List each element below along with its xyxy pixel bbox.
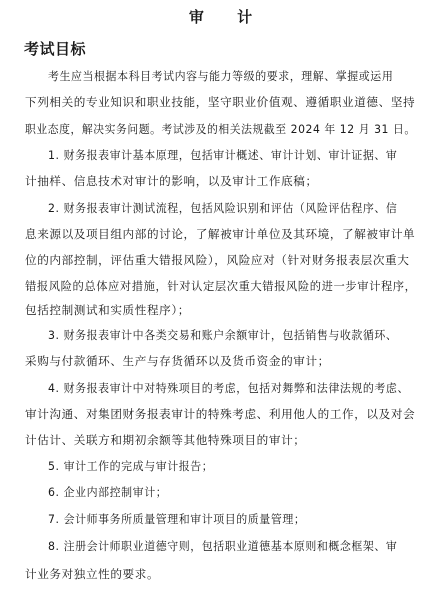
- body-text-line: 7. 会计师事务所质量管理和审计项目的质量管理；: [48, 511, 416, 527]
- body-text-line: 包括控制测试和实质性程序）；: [25, 302, 415, 318]
- body-text-line: 4. 财务报表审计中对特殊项目的考虑，包括对舞弊和法律法规的考虑、: [48, 380, 416, 396]
- body-text-line: 审计沟通、对集团财务报表审计的特殊考虑、利用他人的工作，以及对会: [25, 406, 415, 422]
- body-text-line: 错报风险的总体应对措施，针对认定层次重大错报风险的进一步审计程序，: [25, 278, 404, 294]
- body-text-line: 1. 财务报表审计基本原理，包括审计概述、审计计划、审计证据、审: [48, 147, 416, 163]
- body-text-line: 2. 财务报表审计测试流程，包括风险识别和评估（风险评估程序、信: [48, 200, 416, 216]
- body-text-line: 计业务对独立性的要求。: [25, 566, 415, 582]
- body-text-line: 8. 注册会计师职业道德守则，包括职业道德基本原则和概念框架、审: [48, 538, 416, 554]
- body-text-line: 采购与付款循环、生产与存货循环以及货币资金的审计；: [25, 353, 415, 369]
- body-text-line: 计估计、关联方和期初余额等其他特殊项目的审计；: [25, 432, 415, 448]
- body-text-line: 息来源以及项目组内部的讨论，了解被审计单位及其环境，了解被审计单: [25, 226, 415, 242]
- body-text-line: 6. 企业内部控制审计；: [48, 484, 416, 500]
- document-title: 审 计: [0, 6, 441, 27]
- body-text-line: 下列相关的专业知识和职业技能，坚守职业价值观、遵循职业道德、坚持: [25, 94, 415, 110]
- body-text-line: 职业态度，解决实务问题。考试涉及的相关法规截至 2024 年 12 月 31 日…: [25, 121, 389, 137]
- body-text-line: 计抽样、信息技术对审计的影响，以及审计工作底稿；: [25, 173, 415, 189]
- section-heading: 考试目标: [24, 38, 86, 59]
- body-text-line: 3. 财务报表审计中各类交易和账户余额审计，包括销售与收款循环、: [48, 327, 416, 343]
- body-text-line: 位的内部控制，评估重大错报风险），风险应对（针对财务报表层次重大: [25, 252, 415, 268]
- body-text-line: 5. 审计工作的完成与审计报告；: [48, 458, 416, 474]
- body-text-line: 考生应当根据本科目考试内容与能力等级的要求，理解、掌握或运用: [48, 68, 416, 84]
